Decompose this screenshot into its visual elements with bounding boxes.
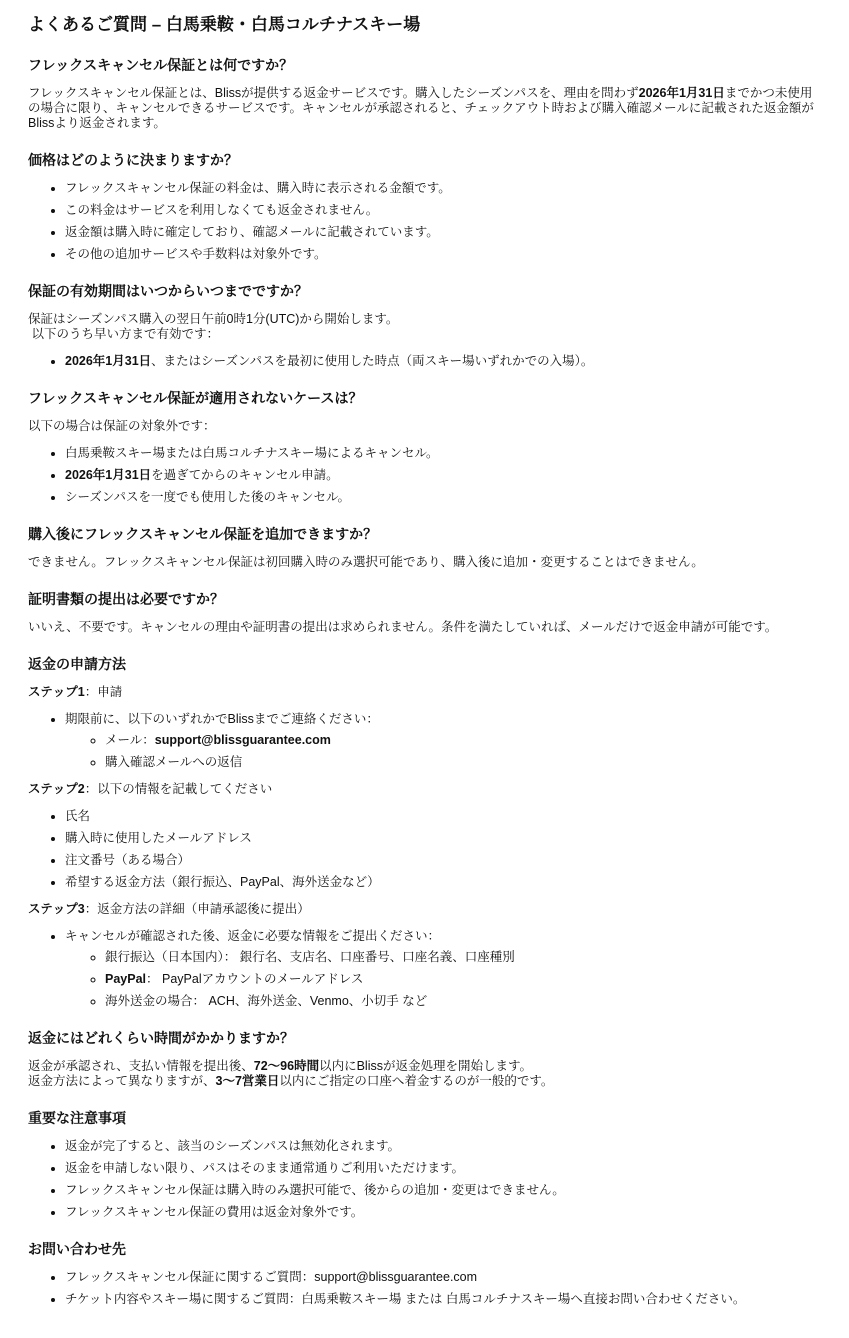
- section-heading: 重要な注意事項: [28, 1109, 821, 1127]
- text-line: 以下のうち早い方まで有効です：: [28, 327, 821, 342]
- bullet-list: 白馬乗鞍スキー場または白馬コルチナスキー場によるキャンセル。 2026年1月31…: [28, 446, 821, 505]
- section-pricing: 価格はどのように決まりますか？ フレックスキャンセル保証の料金は、購入時に表示さ…: [28, 151, 821, 262]
- sub-bullet-list: 銀行振込（日本国内）： 銀行名、支店名、口座番号、口座名義、口座種別 PayPa…: [65, 950, 821, 1009]
- bullet-item: フレックスキャンセル保証の費用は返金対象外です。: [65, 1205, 821, 1220]
- bullet-item: 返金額は購入時に確定しており、確認メールに記載されています。: [65, 225, 821, 240]
- section-heading: 証明書類の提出は必要ですか？: [28, 590, 821, 608]
- text-line: 返金が承認され、支払い情報を提出後、72～96時間以内にBlissが返金処理を開…: [28, 1059, 821, 1074]
- bullet-item: フレックスキャンセル保証に関するご質問：support@blissguarant…: [65, 1270, 821, 1285]
- section-what-is: フレックスキャンセル保証とは何ですか？ フレックスキャンセル保証とは、Bliss…: [28, 56, 821, 131]
- text-line: 保証はシーズンパス購入の翌日午前0時1分(UTC)から開始します。: [28, 312, 821, 327]
- faq-paragraph: 以下の場合は保証の対象外です：: [28, 419, 821, 434]
- sub-bullet-item: 購入確認メールへの返信: [105, 755, 821, 770]
- section-heading: 価格はどのように決まりますか？: [28, 151, 821, 169]
- bullet-list: 2026年1月31日、またはシーズンパスを最初に使用した時点（両スキー場いずれか…: [28, 354, 821, 369]
- bullet-item: チケット内容やスキー場に関するご質問：白馬乗鞍スキー場 または 白馬コルチナスキ…: [65, 1292, 821, 1307]
- bullet-list: フレックスキャンセル保証に関するご質問：support@blissguarant…: [28, 1270, 821, 1307]
- section-heading: フレックスキャンセル保証が適用されないケースは？: [28, 389, 821, 407]
- faq-paragraph: できません。フレックスキャンセル保証は初回購入時のみ選択可能であり、購入後に追加…: [28, 555, 821, 570]
- text-run: を過ぎてからのキャンセル申請。: [151, 468, 339, 482]
- text-run: ：返金方法の詳細（申請承認後に提出）: [85, 902, 310, 916]
- sub-bullet-list: メール：support@blissguarantee.com 購入確認メールへの…: [65, 733, 821, 770]
- sub-bullet-item: PayPal： PayPalアカウントのメールアドレス: [105, 972, 821, 987]
- bullet-item: 2026年1月31日を過ぎてからのキャンセル申請。: [65, 468, 821, 483]
- text-run: 以内にBlissが返金処理を開始します。: [319, 1059, 532, 1073]
- faq-document: よくあるご質問 – 白馬乗鞍・白馬コルチナスキー場 フレックスキャンセル保証とは…: [0, 0, 849, 1338]
- bullet-item: この料金はサービスを利用しなくても返金されません。: [65, 203, 821, 218]
- faq-paragraph: 返金が承認され、支払い情報を提出後、72～96時間以内にBlissが返金処理を開…: [28, 1059, 821, 1089]
- text-run: ：申請: [85, 685, 123, 699]
- faq-paragraph: フレックスキャンセル保証とは、Blissが提供する返金サービスです。購入したシー…: [28, 86, 821, 131]
- bullet-item: 希望する返金方法（銀行振込、PayPal、海外送金など）: [65, 875, 821, 890]
- text-run: ： PayPalアカウントのメールアドレス: [146, 972, 363, 986]
- bullet-item: 返金が完了すると、該当のシーズンパスは無効化されます。: [65, 1139, 821, 1154]
- section-heading: 返金にはどれくらい時間がかかりますか？: [28, 1029, 821, 1047]
- bullet-item: 購入時に使用したメールアドレス: [65, 831, 821, 846]
- section-heading: 購入後にフレックスキャンセル保証を追加できますか？: [28, 525, 821, 543]
- text-run-bold: PayPal: [105, 972, 146, 986]
- text-run-bold-date: 2026年1月31日: [65, 354, 151, 368]
- text-run: フレックスキャンセル保証とは、Blissが提供する返金サービスです。購入したシー…: [28, 86, 639, 100]
- text-run: メール：: [105, 733, 155, 747]
- section-validity: 保証の有効期間はいつからいつまでですか？ 保証はシーズンパス購入の翌日午前0時1…: [28, 282, 821, 369]
- step-number: ステップ1: [28, 685, 85, 699]
- bullet-item: 白馬乗鞍スキー場または白馬コルチナスキー場によるキャンセル。: [65, 446, 821, 461]
- section-refund-time: 返金にはどれくらい時間がかかりますか？ 返金が承認され、支払い情報を提出後、72…: [28, 1029, 821, 1089]
- section-documents: 証明書類の提出は必要ですか？ いいえ、不要です。キャンセルの理由や証明書の提出は…: [28, 590, 821, 635]
- text-run-bold-date: 2026年1月31日: [65, 468, 151, 482]
- sub-bullet-item: 銀行振込（日本国内）： 銀行名、支店名、口座番号、口座名義、口座種別: [105, 950, 821, 965]
- bullet-list: フレックスキャンセル保証の料金は、購入時に表示される金額です。 この料金はサービ…: [28, 181, 821, 262]
- bullet-item: シーズンパスを一度でも使用した後のキャンセル。: [65, 490, 821, 505]
- faq-paragraph: 保証はシーズンパス購入の翌日午前0時1分(UTC)から開始します。 以下のうち早…: [28, 312, 821, 342]
- text-run: ：以下の情報を記載してください: [85, 782, 273, 796]
- sub-bullet-item: 海外送金の場合： ACH、海外送金、Venmo、小切手 など: [105, 994, 821, 1009]
- section-heading: 保証の有効期間はいつからいつまでですか？: [28, 282, 821, 300]
- text-run: 期限前に、以下のいずれかでBlissまでご連絡ください：: [65, 712, 379, 726]
- section-contact: お問い合わせ先 フレックスキャンセル保証に関するご質問：support@blis…: [28, 1240, 821, 1307]
- section-heading: お問い合わせ先: [28, 1240, 821, 1258]
- text-run-bold-date: 2026年1月31日: [639, 86, 725, 100]
- text-line: 返金方法によって異なりますが、3～7営業日以内にご指定の口座へ着金するのが一般的…: [28, 1074, 821, 1089]
- section-heading: 返金の申請方法: [28, 655, 821, 673]
- bullet-list: 返金が完了すると、該当のシーズンパスは無効化されます。 返金を申請しない限り、パ…: [28, 1139, 821, 1220]
- text-run: キャンセルが確認された後、返金に必要な情報をご提出ください：: [65, 929, 440, 943]
- bullet-item: 2026年1月31日、またはシーズンパスを最初に使用した時点（両スキー場いずれか…: [65, 354, 821, 369]
- bullet-list: 氏名 購入時に使用したメールアドレス 注文番号（ある場合） 希望する返金方法（銀…: [28, 809, 821, 890]
- step-number: ステップ2: [28, 782, 85, 796]
- bullet-item: フレックスキャンセル保証は購入時のみ選択可能で、後からの追加・変更はできません。: [65, 1183, 821, 1198]
- bullet-list: 期限前に、以下のいずれかでBlissまでご連絡ください： メール：support…: [28, 712, 821, 770]
- bullet-item: 氏名: [65, 809, 821, 824]
- section-heading: フレックスキャンセル保証とは何ですか？: [28, 56, 821, 74]
- step-2-label: ステップ2：以下の情報を記載してください: [28, 782, 821, 797]
- section-exclusions: フレックスキャンセル保証が適用されないケースは？ 以下の場合は保証の対象外です：…: [28, 389, 821, 505]
- bullet-item: フレックスキャンセル保証の料金は、購入時に表示される金額です。: [65, 181, 821, 196]
- sub-bullet-item: メール：support@blissguarantee.com: [105, 733, 821, 748]
- text-run: 返金方法によって異なりますが、: [28, 1074, 216, 1088]
- section-add-later: 購入後にフレックスキャンセル保証を追加できますか？ できません。フレックスキャン…: [28, 525, 821, 570]
- bullet-item: 返金を申請しない限り、パスはそのまま通常通りご利用いただけます。: [65, 1161, 821, 1176]
- section-important-notes: 重要な注意事項 返金が完了すると、該当のシーズンパスは無効化されます。 返金を申…: [28, 1109, 821, 1220]
- bullet-list: キャンセルが確認された後、返金に必要な情報をご提出ください： 銀行振込（日本国内…: [28, 929, 821, 1009]
- page-title: よくあるご質問 – 白馬乗鞍・白馬コルチナスキー場: [28, 14, 821, 36]
- faq-paragraph: いいえ、不要です。キャンセルの理由や証明書の提出は求められません。条件を満たして…: [28, 620, 821, 635]
- section-how-to-apply: 返金の申請方法 ステップ1：申請 期限前に、以下のいずれかでBlissまでご連絡…: [28, 655, 821, 1009]
- step-3-label: ステップ3：返金方法の詳細（申請承認後に提出）: [28, 902, 821, 917]
- step-number: ステップ3: [28, 902, 85, 916]
- bullet-item: キャンセルが確認された後、返金に必要な情報をご提出ください： 銀行振込（日本国内…: [65, 929, 821, 1009]
- text-run: 以内にご指定の口座へ着金するのが一般的です。: [279, 1074, 553, 1088]
- text-run-bold: 72～96時間: [254, 1059, 319, 1073]
- text-run-bold: 3～7営業日: [216, 1074, 280, 1088]
- bullet-item: 注文番号（ある場合）: [65, 853, 821, 868]
- text-run: 、またはシーズンパスを最初に使用した時点（両スキー場いずれかでの入場）。: [151, 354, 593, 368]
- email-text: support@blissguarantee.com: [155, 733, 331, 747]
- bullet-item: その他の追加サービスや手数料は対象外です。: [65, 247, 821, 262]
- bullet-item: 期限前に、以下のいずれかでBlissまでご連絡ください： メール：support…: [65, 712, 821, 770]
- step-1-label: ステップ1：申請: [28, 685, 821, 700]
- text-run: 返金が承認され、支払い情報を提出後、: [28, 1059, 254, 1073]
